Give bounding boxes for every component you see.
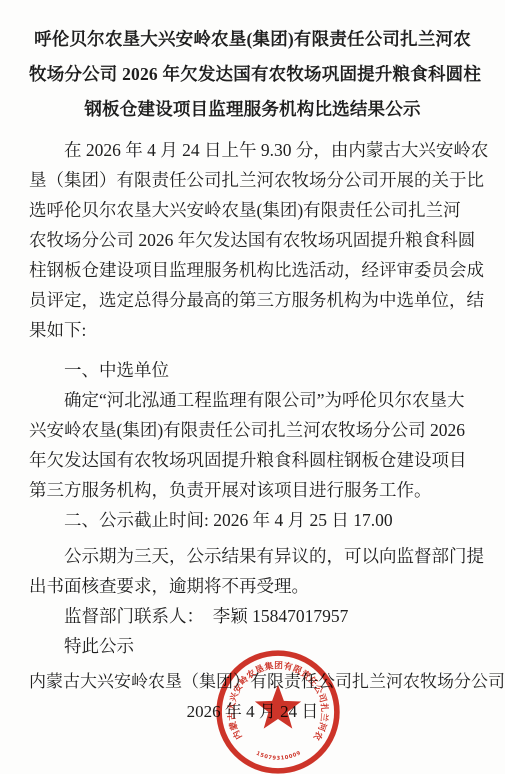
signature-block: 内蒙古大兴安岭农垦（集团）有限责任公司扎兰河农牧场分公司 2026 年 4 月 … [29,667,476,727]
body-line: 在 2026 年 4 月 24 日上午 9.30 分，由内蒙古大兴安岭农 [29,135,476,165]
title-line: 牧场分公司 2026 年欠发达国有农牧场巩固提升粮食科圆柱 [29,57,476,92]
body-line: 果如下: [29,315,476,345]
document-title: 呼伦贝尔农垦大兴安岭农垦(集团)有限责任公司扎兰河农 牧场分公司 2026 年欠… [29,22,476,127]
document-body: 在 2026 年 4 月 24 日上午 9.30 分，由内蒙古大兴安岭农 垦（集… [29,135,476,661]
body-line: 第三方服务机构，负责开展对该项目进行服务工作。 [29,475,476,505]
signature-org: 内蒙古大兴安岭农垦（集团）有限责任公司扎兰河农牧场分公司 [29,667,476,697]
body-line: 柱钢板仓建设项目监理服务机构比选活动，经评审委员会成 [29,255,476,285]
body-line: 出书面核查要求，逾期将不再受理。 [29,571,476,601]
body-line: 兴安岭农垦(集团)有限责任公司扎兰河农牧场分公司 2026 [29,415,476,445]
body-line: 农牧场分公司 2026 年欠发达国有农牧场巩固提升粮食科圆 [29,225,476,255]
document-content: 呼伦贝尔农垦大兴安岭农垦(集团)有限责任公司扎兰河农 牧场分公司 2026 年欠… [29,22,476,727]
title-line: 呼伦贝尔农垦大兴安岭农垦(集团)有限责任公司扎兰河农 [29,22,476,57]
closing-line: 特此公示 [29,631,476,661]
body-line: 年欠发达国有农牧场巩固提升粮食科圆柱钢板仓建设项目 [29,445,476,475]
section-heading-winner: 一、中选单位 [29,355,476,385]
title-line: 钢板仓建设项目监理服务机构比选结果公示 [29,92,476,127]
body-line: 公示期为三天，公示结果有异议的，可以向监督部门提 [29,541,476,571]
document-page: 呼伦贝尔农垦大兴安岭农垦(集团)有限责任公司扎兰河农 牧场分公司 2026 年欠… [0,0,505,774]
contact-line: 监督部门联系人： 李颖 15847017957 [29,601,476,631]
body-line: 垦（集团）有限责任公司扎兰河农牧场分公司开展的关于比 [29,165,476,195]
body-line: 确定“河北泓通工程监理有限公司”为呼伦贝尔农垦大 [29,385,476,415]
body-line: 员评定，选定总得分最高的第三方服务机构为中选单位，结 [29,285,476,315]
section-heading-deadline: 二、公示截止时间: 2026 年 4 月 25 日 17.00 [29,505,476,535]
signature-date: 2026 年 4 月 24 日 [29,697,476,727]
body-line: 选呼伦贝尔农垦大兴安岭农垦(集团)有限责任公司扎兰河 [29,195,476,225]
